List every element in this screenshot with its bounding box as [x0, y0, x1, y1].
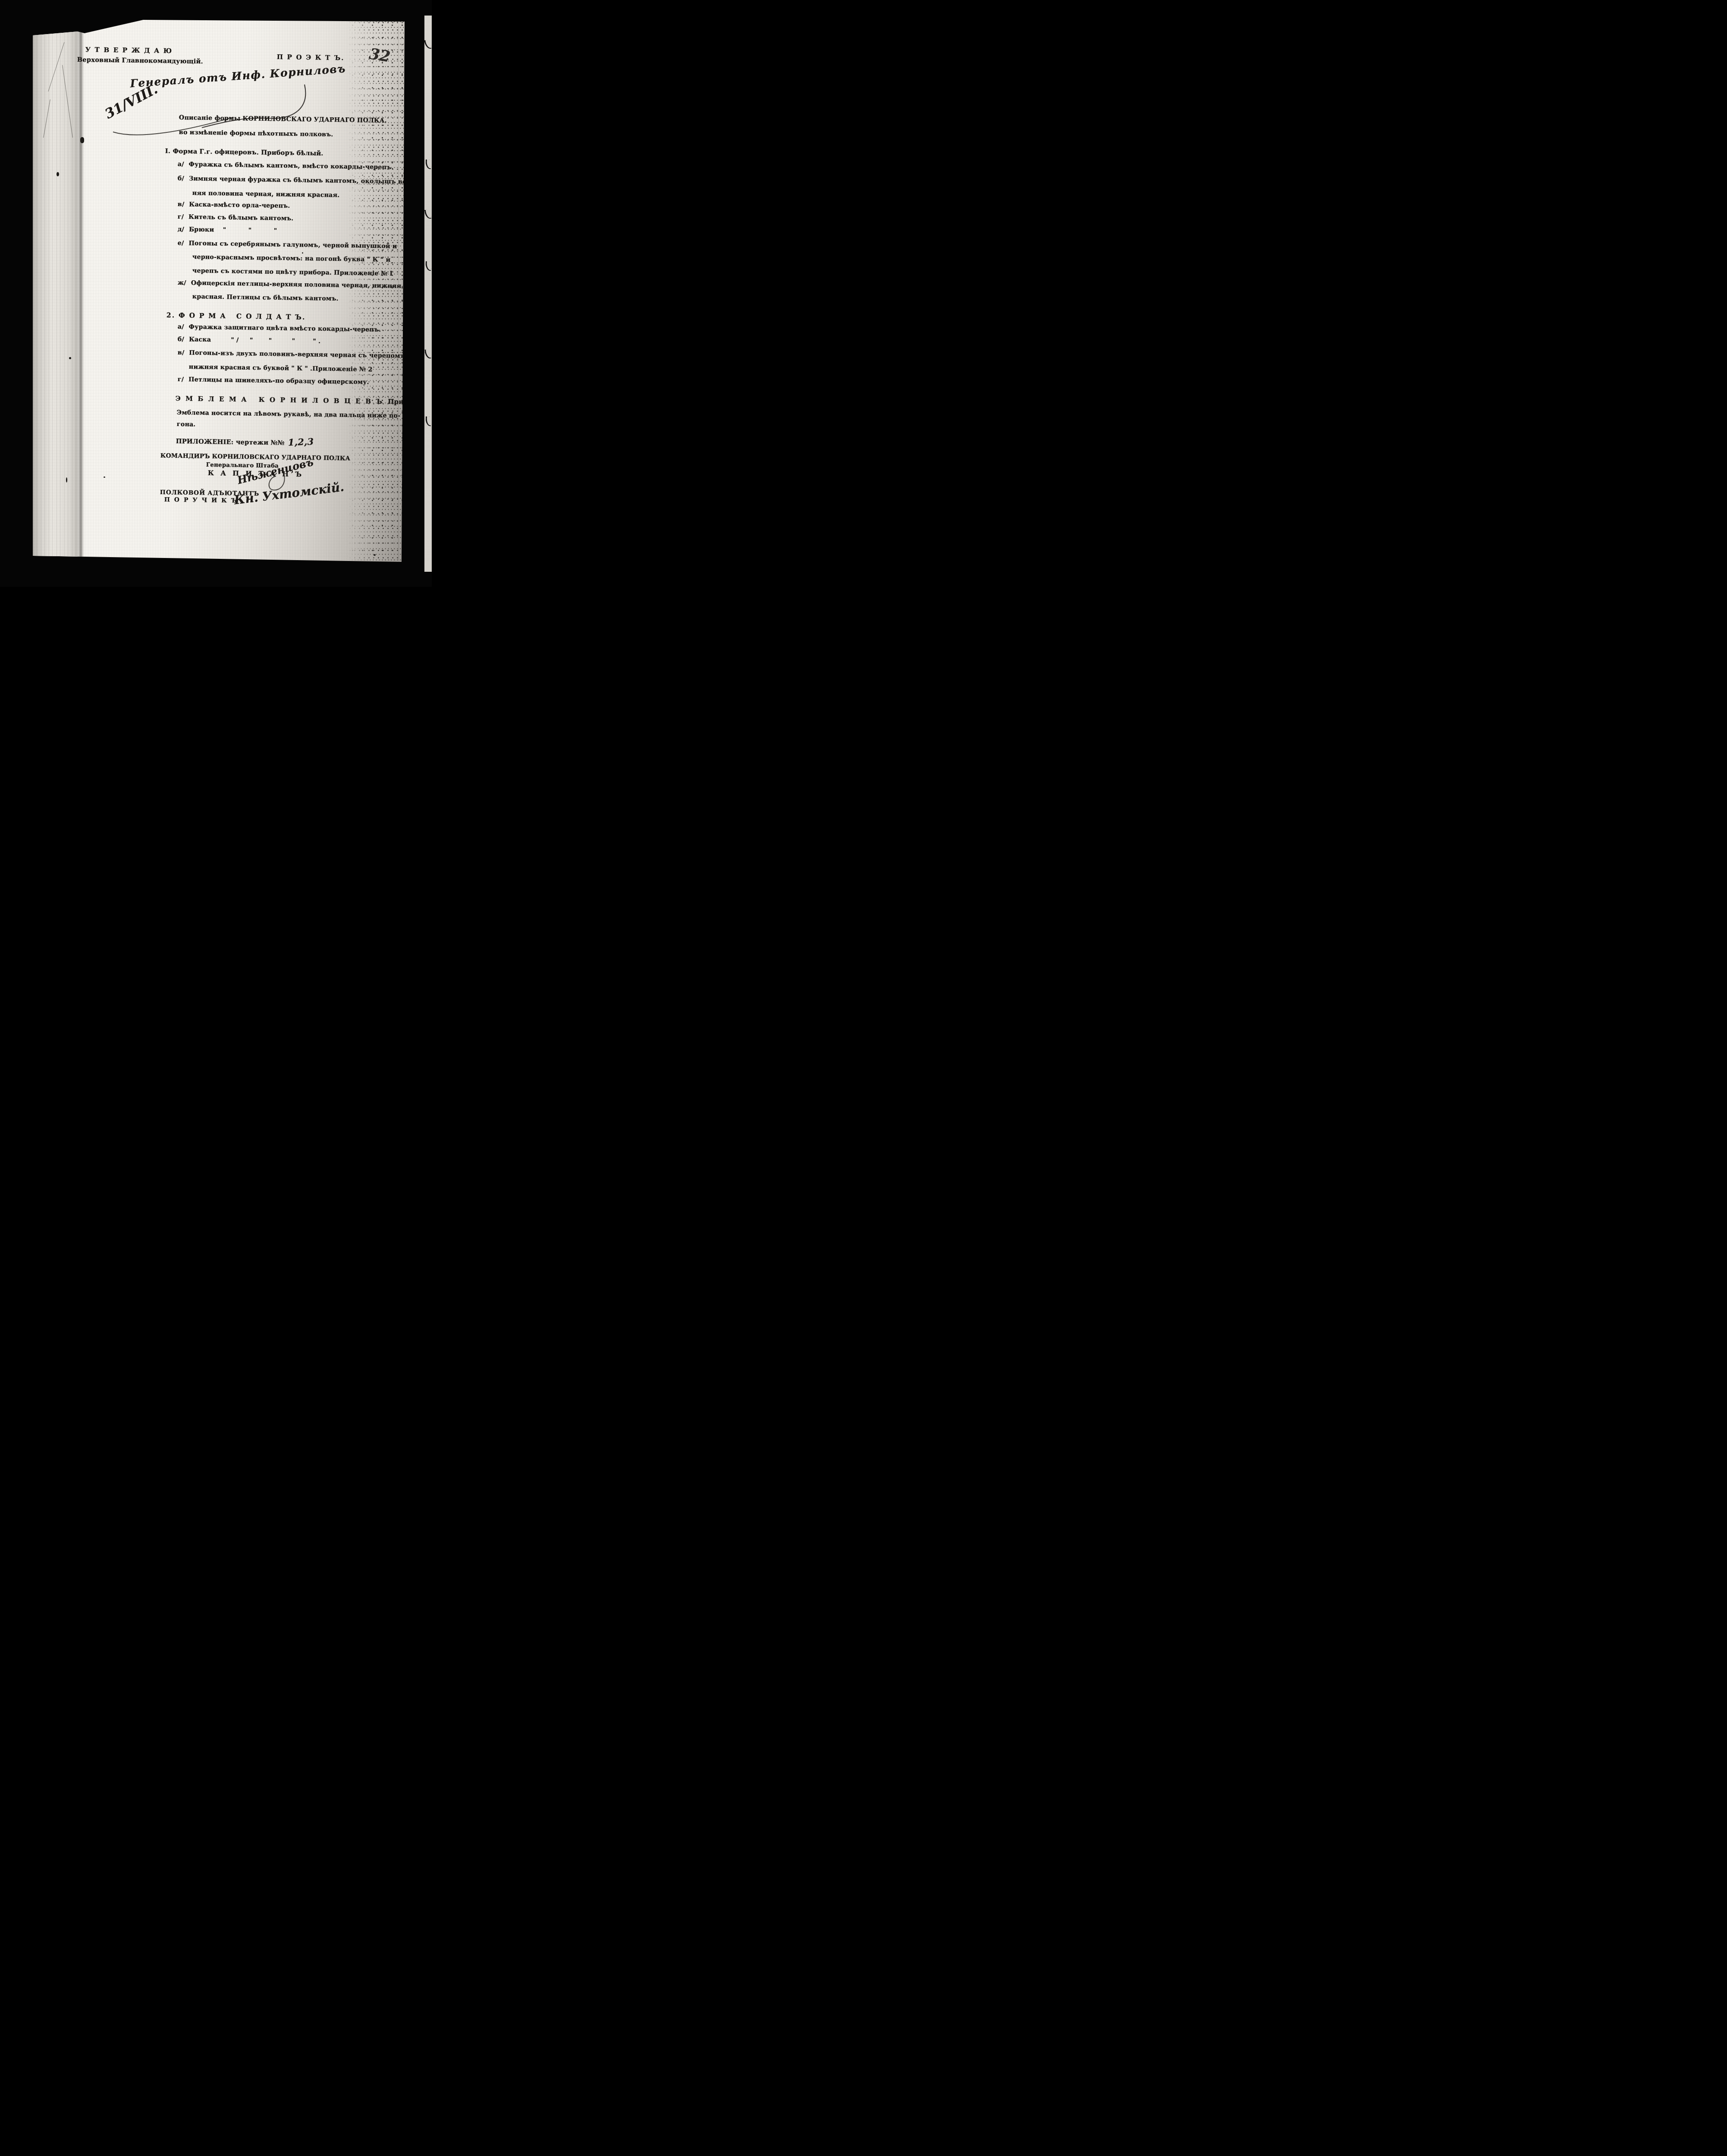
- list-item-2b: б/Каска " / " " " " .: [178, 336, 320, 345]
- ink-speck: [104, 476, 105, 478]
- list-item-2a: а/Фуражка защитнаго цвѣта вмѣсто кокарды…: [178, 324, 381, 334]
- item-label: г/: [178, 376, 184, 383]
- section1-heading: I. Форма Г.г. офицеровъ. Приборъ бѣлый.: [165, 148, 323, 157]
- item-label: б/: [178, 336, 184, 343]
- list-item-1zh: ж/Офицерскія петлицы-верхняя половина че…: [178, 280, 402, 290]
- vertical-crease: [398, 26, 399, 561]
- item-label: д/: [178, 226, 184, 233]
- attachments-label: ПРИЛОЖЕНІЕ: чертежи №№: [176, 438, 285, 447]
- section2-heading: 2. Ф О Р М А С О Л Д А Т Ъ.: [166, 311, 306, 321]
- list-item-1v: в/Каска-вмѣсто орла-черепъ.: [178, 201, 290, 210]
- attachments-row: ПРИЛОЖЕНІЕ: чертежи №№1,2,3: [176, 435, 314, 447]
- adjutant-signature-handwritten: Кн. Ухтомскій.: [233, 479, 345, 507]
- list-item-1g: г/Китель съ бѣлымъ кантомъ.: [178, 214, 294, 222]
- item-text: Зимняя черная фуражка съ бѣлымъ кантомъ,…: [189, 175, 417, 185]
- fold-shadow: [77, 19, 85, 561]
- approval-authority: Верховный Главнокомандующій.: [77, 56, 203, 65]
- item-text: Китель съ бѣлымъ кантомъ.: [188, 213, 294, 222]
- list-item-1e-cont: черно-краснымъ просвѣтомъ: на погонѣ бук…: [192, 254, 391, 263]
- item-label: в/: [178, 349, 185, 356]
- ink-speck: [374, 554, 376, 556]
- title-line-1: Описаніе формы КОРНИЛОВСКАГО УДАРНАГО ПО…: [179, 115, 387, 125]
- page-number-handwritten: 32: [368, 45, 392, 66]
- item-text: Погоны-изъ двухъ половинъ-верхняя черная…: [189, 349, 405, 359]
- commander-title-line-1: КОМАНДИРЪ КОРНИЛОВСКАГО УДАРНАГО ПОЛКА: [160, 453, 350, 462]
- emblem-body-line-2: гона.: [177, 421, 196, 428]
- ink-speck: [57, 172, 59, 176]
- approval-word: У Т В Е Р Ж Д А Ю: [85, 46, 173, 55]
- item-text: Брюки " " ": [189, 226, 277, 234]
- scan-noise: [348, 19, 404, 562]
- scanned-document: У Т В Е Р Ж Д А Ю Верховный Главнокоманд…: [0, 0, 432, 587]
- list-item-2v: в/Погоны-изъ двухъ половинъ-верхняя черн…: [178, 350, 405, 360]
- item-label: г/: [178, 213, 184, 220]
- item-text: Каска-вмѣсто орла-черепъ.: [189, 201, 290, 209]
- list-item-2g: г/Петлицы на шинеляхъ-по образцу офицерс…: [178, 376, 369, 386]
- emblem-body-line-1: Эмблема носится на лѣвомъ рукавѣ, на два…: [177, 410, 401, 420]
- item-label: а/: [178, 323, 184, 330]
- page: У Т В Е Р Ж Д А Ю Верховный Главнокоманд…: [0, 0, 432, 587]
- list-item-1zh-cont: красная. Петлицы съ бѣлымъ кантомъ.: [192, 294, 339, 303]
- ink-speck: [390, 286, 392, 288]
- list-item-1e: е/Погоны съ серебрянымъ галуномъ, черной…: [178, 240, 397, 250]
- adjutant-rank: П О Р У Ч И К Ъ: [164, 497, 238, 505]
- item-text: Фуражка защитнаго цвѣта вмѣсто кокарды-ч…: [189, 323, 381, 333]
- list-item-1e-cont2: черепъ съ костями по цвѣту прибора. Прил…: [192, 268, 393, 277]
- item-label: в/: [178, 201, 185, 208]
- list-item-2v-cont: нижняя красная съ буквой " К " .Приложен…: [189, 364, 373, 373]
- item-label: а/: [178, 161, 184, 168]
- list-item-1a: а/Фуражка съ бѣлымъ кантомъ, вмѣсто кока…: [178, 161, 394, 171]
- item-text: Фуражка съ бѣлымъ кантомъ, вмѣсто кокард…: [189, 161, 394, 171]
- item-label: е/: [178, 240, 184, 247]
- list-item-1b-cont: няя половина черная, нижняя красная.: [192, 190, 340, 199]
- adjacent-page-edge: [424, 16, 432, 572]
- item-text: Каска " / " " " " .: [189, 336, 320, 345]
- item-text: Петлицы на шинеляхъ-по образцу офицерско…: [188, 376, 369, 385]
- item-label: ж/: [178, 279, 186, 286]
- list-item-1b: б/Зимняя черная фуражка съ бѣлымъ кантом…: [178, 175, 417, 186]
- ink-speck: [80, 137, 84, 143]
- emblem-heading-row: Э М Б Л Е М А К О Р Н И Л О В Ц Е В ЪПри…: [176, 395, 432, 407]
- item-text: Офицерскія петлицы-верхняя половина черн…: [191, 279, 402, 289]
- endorsement-signature-handwritten: Генералъ отъ Инф. Корниловъ: [130, 63, 346, 90]
- emblem-heading: Э М Б Л Е М А К О Р Н И Л О В Ц Е В Ъ: [176, 395, 384, 405]
- ink-speck: [302, 252, 303, 254]
- page-spine-edge: [33, 17, 78, 569]
- ink-speck: [66, 477, 67, 483]
- attachments-numbers-handwritten: 1,2,3: [288, 436, 314, 447]
- item-label: б/: [178, 175, 184, 182]
- list-item-1d: д/Брюки " " ": [178, 226, 277, 235]
- ink-speck: [69, 357, 71, 359]
- item-text: Погоны съ серебрянымъ галуномъ, черной в…: [188, 240, 397, 250]
- doc-type-heading: П Р О Э К Т Ъ.: [277, 53, 345, 62]
- title-line-2: во измѣненіе формы пѣхотныхъ полковъ.: [179, 129, 333, 138]
